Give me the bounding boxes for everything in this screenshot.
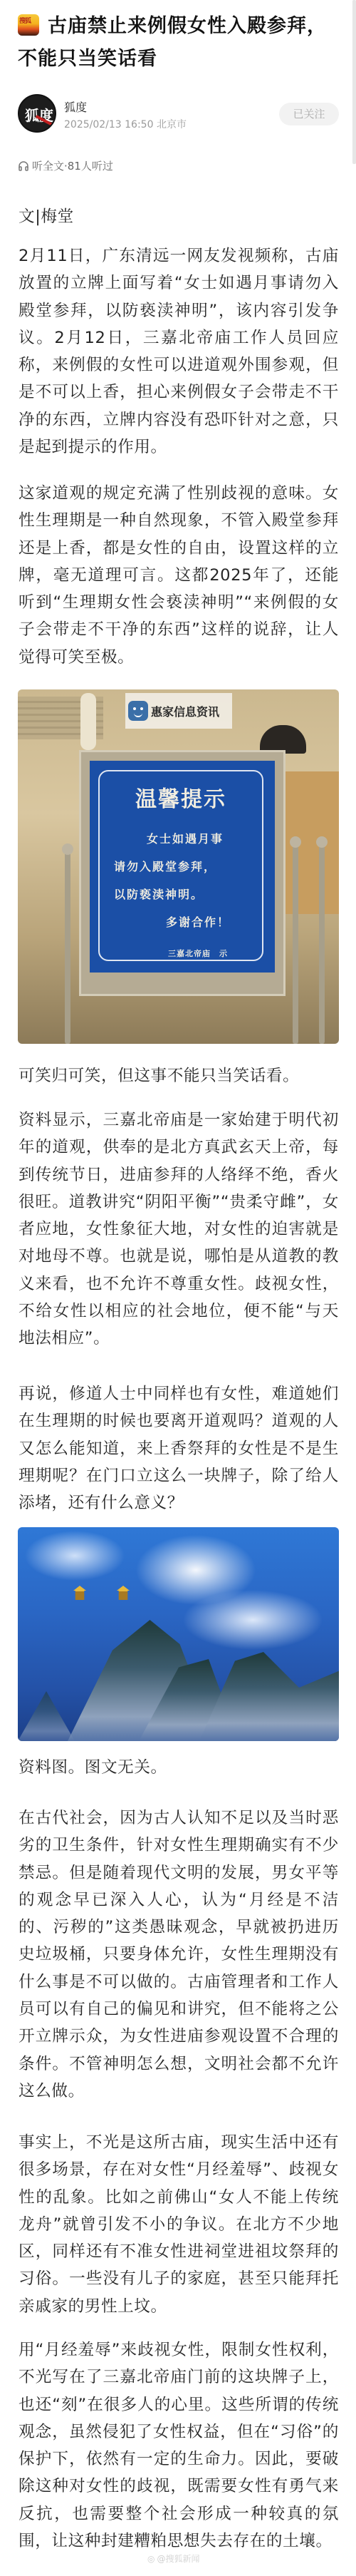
sign-board: 温馨提示 女士如遇月事 请勿入殿堂参拜， 以防亵渎神明。 多谢合作！ 三嘉北帝庙… bbox=[90, 761, 275, 973]
weibo-watermark: ◎ @搜狐新闻 bbox=[147, 2552, 200, 2565]
sign-frame: 温馨提示 女士如遇月事 请勿入殿堂参拜， 以防亵渎神明。 多谢合作！ 三嘉北帝庙… bbox=[79, 750, 286, 996]
sign-line: 以防亵渎神明。 bbox=[114, 886, 204, 902]
paragraph: 再说，修道人士中同样也有女性，难道她们在生理期的时候也要离开道观吗？道观的人又怎… bbox=[19, 1380, 339, 1517]
mountain-peak bbox=[199, 1652, 339, 1741]
paragraph: 可笑归可笑，但这事不能只当笑话看。 bbox=[19, 1062, 339, 1089]
listen-full-text[interactable]: 听全文·81人听过 bbox=[18, 158, 113, 173]
weibo-watermark-text: @搜狐新闻 bbox=[157, 2552, 199, 2565]
publish-location: 北京市 bbox=[157, 119, 187, 130]
rail bbox=[319, 843, 325, 1044]
watermark-text: 惠家信息资讯 bbox=[151, 703, 219, 719]
pavilion bbox=[117, 1586, 130, 1600]
rail bbox=[316, 836, 328, 848]
watermark-logo-icon bbox=[128, 701, 148, 721]
image-watermark: 惠家信息资讯 bbox=[125, 693, 232, 729]
listen-label: 听全文·81人听过 bbox=[32, 158, 113, 173]
mountain-temple-photo[interactable] bbox=[18, 1527, 339, 1741]
article-header: 搜狐 古庙禁止来例假女性入殿参拜，不能只当笑话看 bbox=[18, 10, 338, 76]
headphones-icon bbox=[18, 160, 29, 172]
person bbox=[260, 725, 306, 754]
paragraph: 在古代社会，因为古人认知不足以及当时恶劣的卫生条件，针对女性生理期确实有不少禁忌… bbox=[19, 1805, 339, 2105]
sohu-logo-icon: 搜狐 bbox=[18, 14, 39, 36]
author-meta: 2025/02/13 16:50 北京市 bbox=[64, 117, 187, 131]
author-avatar[interactable]: 狐度 bbox=[18, 94, 56, 133]
temple-sign-photo[interactable]: 温馨提示 女士如遇月事 请勿入殿堂参拜， 以防亵渎神明。 多谢合作！ 三嘉北帝庙… bbox=[18, 689, 339, 1044]
rail bbox=[62, 843, 73, 855]
sign-title: 温馨提示 bbox=[100, 781, 262, 813]
paragraph: 2月11日，广东清远一网友发视频称，古庙放置的立牌上面写着“女士如遇月事请勿入殿… bbox=[19, 242, 339, 461]
person bbox=[80, 693, 96, 750]
image-caption: 资料图。图文无关。 bbox=[19, 1754, 339, 1781]
rail bbox=[290, 836, 301, 848]
sign-signature: 三嘉北帝庙 示 bbox=[168, 948, 228, 959]
follow-button[interactable]: 已关注 bbox=[279, 103, 339, 125]
paragraph: 这家道观的规定充满了性别歧视的意味。女性生理期是一种自然现象，不管入殿堂参拜还是… bbox=[19, 480, 339, 671]
sign-border: 温馨提示 女士如遇月事 请勿入殿堂参拜， 以防亵渎神明。 多谢合作！ 三嘉北帝庙… bbox=[98, 770, 263, 961]
pavilion bbox=[73, 1586, 86, 1600]
author-name[interactable]: 狐度 bbox=[64, 98, 87, 115]
scrollbar[interactable] bbox=[352, 0, 356, 164]
paragraph: 资料显示，三嘉北帝庙是一家始建于明代初年的道观，供奉的是北方真武玄天上帝，每到传… bbox=[19, 1107, 339, 1353]
publish-date: 2025/02/13 16:50 bbox=[64, 119, 154, 130]
sign-line: 请勿入殿堂参拜， bbox=[114, 858, 216, 874]
rail bbox=[293, 843, 298, 1044]
author-row: 狐度 狐度 2025/02/13 16:50 北京市 已关注 bbox=[18, 94, 339, 134]
weibo-icon: ◎ bbox=[147, 2554, 155, 2564]
byline: 文|梅堂 bbox=[19, 203, 339, 230]
rail bbox=[65, 850, 70, 1044]
sign-line: 多谢合作！ bbox=[166, 913, 230, 930]
mountain-peak bbox=[18, 1691, 75, 1741]
paragraph: 用“月经羞辱”来歧视女性，限制女性权利，不光写在了三嘉北帝庙门前的这块牌子上，也… bbox=[19, 2336, 339, 2555]
article-title: 古庙禁止来例假女性入殿参拜，不能只当笑话看 bbox=[18, 10, 338, 76]
sign-line: 女士如遇月事 bbox=[147, 830, 224, 846]
paragraph: 事实上，不光是这所古庙，现实生活中还有很多场景，存在对女性“月经羞辱”、歧视女性… bbox=[19, 2129, 339, 2320]
